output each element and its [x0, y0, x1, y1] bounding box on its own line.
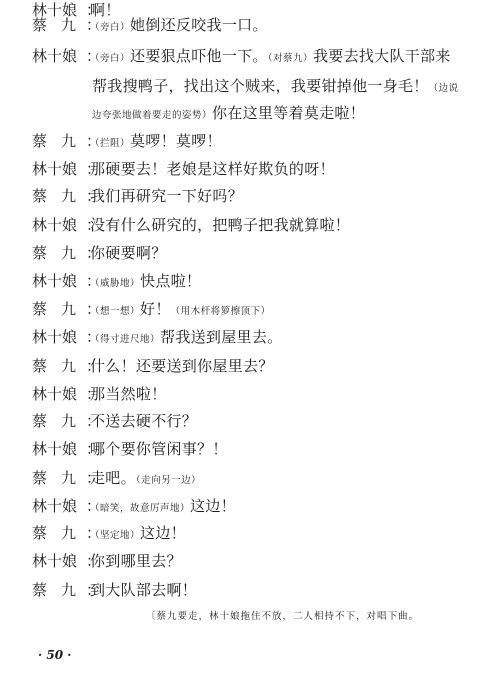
- dialogue-line: 蔡九：（拦阻）莫啰！莫啰！: [32, 131, 222, 151]
- speech-text: 啊！: [90, 1, 121, 19]
- speech-text: 你到哪里去？: [90, 552, 182, 570]
- speech-text: 还要狠点吓他一下。: [130, 47, 268, 65]
- dialogue-line: 林十娘：（暗笑，故意厉声地）这边！: [32, 496, 236, 516]
- dialogue-line: 蔡九：什么！还要送到你屋里去？: [32, 356, 274, 376]
- speaker-name: 林十娘: [32, 439, 90, 459]
- speaker-name: 蔡九: [32, 186, 90, 206]
- stage-note: （暗笑，故意厉声地）: [90, 503, 190, 514]
- speaker-name: 林十娘: [32, 551, 90, 571]
- speech-text: 那当然啦！: [90, 385, 167, 403]
- speech-text: 哪个要你管闲事？！: [90, 440, 228, 458]
- page-number: · 50 ·: [38, 648, 71, 662]
- speaker-name: 蔡九: [32, 411, 90, 431]
- stage-note: （边说: [429, 83, 459, 94]
- dialogue-line: 林十娘：没有什么研究的，把鸭子把我就算啦！: [32, 215, 350, 235]
- speech-text: 快点啦！: [140, 272, 201, 290]
- speech-text: 我们再研究一下好吗？: [90, 187, 243, 205]
- speech-text: 这边！: [190, 497, 236, 515]
- speech-text: 好！: [140, 300, 171, 318]
- speech-text: 我要去找大队干部来: [313, 47, 451, 65]
- stage-note: （得寸进尺地）: [90, 334, 160, 345]
- speaker-name: 林十娘: [32, 327, 90, 347]
- dialogue-line: 林十娘：（旁白）还要狠点吓他一下。（对蔡九）我要去找大队干部来: [32, 46, 451, 66]
- stage-note: （旁白）: [90, 22, 130, 33]
- speech-text: 这边！: [140, 524, 186, 542]
- dialogue-continuation: 边夸张地做着要走的姿势）你在这里等着莫走啦！: [92, 103, 365, 123]
- speaker-name: 林十娘: [32, 46, 90, 66]
- dialogue-line: 蔡九：到大队部去啊！: [32, 580, 197, 600]
- speaker-name: 蔡九: [32, 356, 90, 376]
- speech-text: 她倒还反咬我一口。: [130, 16, 268, 34]
- speaker-name: 蔡九: [32, 580, 90, 600]
- stage-note: 边夸张地做着要走的姿势）: [92, 110, 212, 121]
- speech-text: 那硬要去！老娘是这样好欺负的呀！: [90, 160, 335, 178]
- speech-text: 什么！还要送到你屋里去？: [90, 357, 274, 375]
- speech-text: 帮我送到屋里去。: [160, 328, 282, 346]
- dialogue-line: 蔡九：走吧。（走向另一边）: [32, 468, 201, 488]
- stage-note: （走向另一边）: [136, 475, 201, 486]
- dialogue-line: 林十娘：你到哪里去？: [32, 551, 182, 571]
- dialogue-line: 蔡九：不送去硬不行？: [32, 411, 197, 431]
- speech-text: 莫啰！莫啰！: [130, 132, 222, 150]
- stage-note: （坚定地）: [90, 530, 140, 541]
- dialogue-continuation: 帮我搜鸭子，找出这个贼来，我要钳掉他一身毛！（边说: [92, 76, 459, 96]
- speech-text: 没有什么研究的，把鸭子把我就算啦！: [90, 216, 350, 234]
- dialogue-line: 蔡九：我们再研究一下好吗？: [32, 186, 243, 206]
- stage-direction: 〔蔡九要走，林十娘拖住不放，二人相持不下，对唱下曲。: [146, 608, 419, 622]
- speaker-name: 蔡九: [32, 131, 90, 151]
- speaker-name: 林十娘: [32, 0, 90, 20]
- stage-note: （威胁地）: [90, 278, 140, 289]
- stage-note: （拦阻）: [90, 138, 130, 149]
- stage-note: （旁白）: [90, 53, 130, 64]
- speaker-name: 林十娘: [32, 215, 90, 235]
- dialogue-line: 林十娘：（得寸进尺地）帮我送到屋里去。: [32, 327, 282, 347]
- speaker-name: 林十娘: [32, 384, 90, 404]
- speech-text: 不送去硬不行？: [90, 412, 197, 430]
- stage-note: （用木杆将箩擦顶下）: [171, 306, 271, 317]
- dialogue-line: 林十娘：啊！: [32, 0, 121, 20]
- speaker-name: 林十娘: [32, 159, 90, 179]
- dialogue-line: 蔡九：你硬要啊？: [32, 243, 167, 263]
- speaker-name: 蔡九: [32, 523, 90, 543]
- speaker-name: 蔡九: [32, 243, 90, 263]
- script-page: 蔡九：（旁白）她倒还反咬我一口。林十娘：（旁白）还要狠点吓他一下。（对蔡九）我要…: [0, 0, 490, 673]
- stage-note: （想一想）: [90, 306, 140, 317]
- speaker-name: 蔡九: [32, 468, 90, 488]
- speech-text: 走吧。: [90, 469, 136, 487]
- speaker-name: 蔡九: [32, 299, 90, 319]
- speaker-name: 林十娘: [32, 496, 90, 516]
- dialogue-line: 蔡九：（想一想）好！（用木杆将箩擦顶下）: [32, 299, 271, 319]
- speech-text: 到大队部去啊！: [90, 581, 197, 599]
- dialogue-line: 蔡九：（坚定地）这边！: [32, 523, 186, 543]
- dialogue-line: 林十娘：（威胁地）快点啦！: [32, 271, 201, 291]
- speech-text: 帮我搜鸭子，找出这个贼来，我要钳掉他一身毛！: [92, 77, 429, 95]
- speech-text: 你硬要啊？: [90, 244, 167, 262]
- speaker-name: 林十娘: [32, 271, 90, 291]
- dialogue-line: 林十娘：那硬要去！老娘是这样好欺负的呀！: [32, 159, 335, 179]
- dialogue-line: 林十娘：那当然啦！: [32, 384, 167, 404]
- dialogue-line: 林十娘：哪个要你管闲事？！: [32, 439, 228, 459]
- stage-note: （对蔡九）: [268, 53, 313, 64]
- speech-text: 你在这里等着莫走啦！: [212, 104, 365, 122]
